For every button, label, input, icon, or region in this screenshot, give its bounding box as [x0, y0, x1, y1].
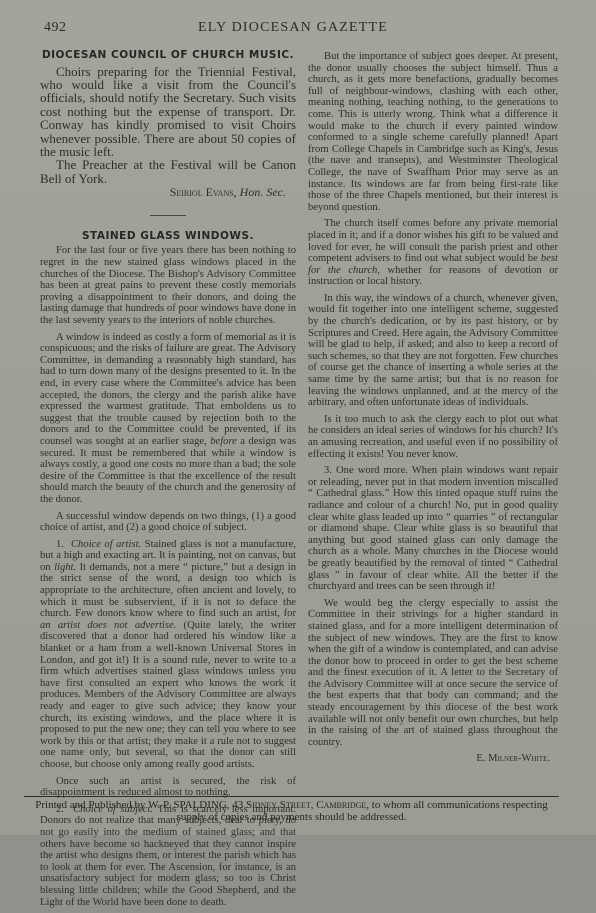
music-paragraph: Choirs preparing for the Triennial Festi…: [40, 65, 296, 159]
right-column: But the importance of subject goes deepe…: [308, 51, 558, 765]
section-divider: [150, 215, 186, 216]
left-column: DIOCESAN COUNCIL OF CHURCH MUSIC. Choirs…: [40, 50, 296, 835]
article-paragraph: 1. Choice of artist. Stained glass is no…: [40, 539, 296, 771]
article-paragraph: 3. One word more. When plain windows wan…: [308, 465, 558, 593]
footer-rule: [24, 796, 559, 797]
article-paragraph: But the importance of subject goes deepe…: [308, 51, 558, 213]
gazette-page: 492 ELY DIOCESAN GAZETTE DIOCESAN COUNCI…: [0, 0, 596, 835]
article-paragraph: A window is indeed as costly a form of m…: [40, 332, 296, 506]
article-paragraph: A successful window depends on two thing…: [40, 511, 296, 534]
music-heading: DIOCESAN COUNCIL OF CHURCH MUSIC.: [40, 50, 296, 62]
signature-name: Seiriol Evans,: [170, 185, 237, 199]
church-music-article: DIOCESAN COUNCIL OF CHURCH MUSIC. Choirs…: [40, 50, 296, 199]
glass-heading: STAINED GLASS WINDOWS.: [40, 231, 296, 243]
signature-role: Hon. Sec.: [240, 185, 286, 199]
printer-imprint: Printed and Published by W. P. SPALDING,…: [24, 799, 559, 823]
article-paragraph: For the last four or five years there ha…: [40, 245, 296, 326]
subheading-choice-of-artist: Choice of artist.: [71, 539, 141, 550]
page-number: 492: [44, 20, 67, 36]
music-signature: Seiriol Evans, Hon. Sec.: [40, 187, 286, 199]
music-paragraph: The Preacher at the Festival will be Can…: [40, 158, 296, 185]
article-paragraph: Is it too much to ask the clergy each to…: [308, 414, 558, 460]
article-paragraph: The church itself comes before any priva…: [308, 218, 558, 288]
publication-title: ELY DIOCESAN GAZETTE: [198, 20, 388, 36]
article-paragraph: We would beg the clergy especially to as…: [308, 598, 558, 749]
article-signature: E. Milner-White.: [308, 753, 550, 765]
stained-glass-article: STAINED GLASS WINDOWS. For the last four…: [40, 231, 296, 835]
article-paragraph: In this way, the windows of a church, wh…: [308, 293, 558, 409]
